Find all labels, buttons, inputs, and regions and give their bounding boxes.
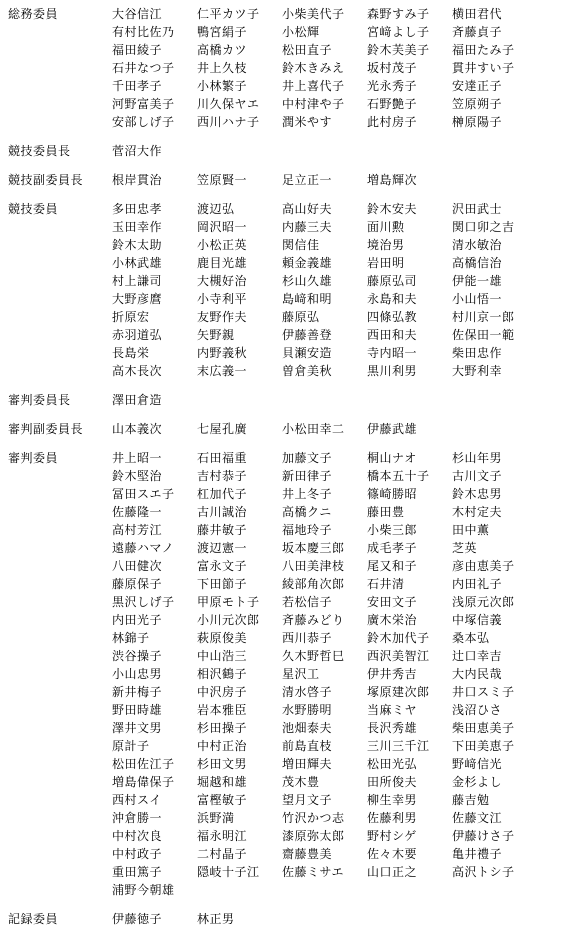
member-name: 大野彦麿: [112, 290, 197, 308]
member-name: 中山浩三: [197, 647, 282, 665]
member-name: 関信佳: [282, 236, 367, 254]
member-name: 野田時雄: [112, 701, 197, 719]
member-name: 久木野哲巳: [282, 647, 367, 665]
member-name: 野村シゲ: [367, 827, 452, 845]
member-name: 西沢美智江: [367, 647, 452, 665]
member-name: 相沢鶴子: [197, 665, 282, 683]
member-name: 福田たみ子: [452, 41, 537, 59]
member-name: 内田光子: [112, 611, 197, 629]
member-name: 鈴木安夫: [367, 200, 452, 218]
member-name: 原計子: [112, 737, 197, 755]
member-name: 小松田幸二: [282, 420, 367, 438]
member-name: 坂村茂子: [367, 59, 452, 77]
role-label: 審判委員長: [8, 391, 112, 409]
member-name-grid: 伊藤徳子林正男: [112, 910, 562, 928]
member-name: 佐々木要: [367, 845, 452, 863]
member-name: 吉村恭子: [197, 467, 282, 485]
member-name: 仁平カツ子: [197, 5, 282, 23]
member-name: 隠岐十子江: [197, 863, 282, 881]
committee-section: 競技委員多田忠孝渡辺弘高山好夫鈴木安夫沢田武士玉田幸作岡沢昭一内藤三夫面川勲関口…: [8, 200, 562, 380]
member-name: 斉藤貞子: [452, 23, 537, 41]
member-name: 高山好夫: [282, 200, 367, 218]
member-name: 新井梅子: [112, 683, 197, 701]
member-name: 多田忠孝: [112, 200, 197, 218]
member-name: 辻口幸吉: [452, 647, 537, 665]
member-name: 清水啓子: [282, 683, 367, 701]
member-name: 河野富美子: [112, 95, 197, 113]
member-name: 前島直枝: [282, 737, 367, 755]
member-name: 沖倉勝一: [112, 809, 197, 827]
member-name: 柳生幸男: [367, 791, 452, 809]
member-name: 高村芳江: [112, 521, 197, 539]
member-name: 森野すみ子: [367, 5, 452, 23]
member-name: 橋本五十子: [367, 467, 452, 485]
member-name: 福永明江: [197, 827, 282, 845]
member-name: 冨田スエ子: [112, 485, 197, 503]
member-name: 安部しげ子: [112, 113, 197, 131]
member-name: 小柴三郎: [367, 521, 452, 539]
member-name: 加藤文子: [282, 449, 367, 467]
member-name: 内野義秋: [197, 344, 282, 362]
member-name: 林正男: [197, 910, 282, 928]
committee-section: 総務委員大谷信江仁平カツ子小柴美代子森野すみ子横田君代有村比佐乃鴨宮絹子小松輝宮…: [8, 5, 562, 131]
member-name: 田所俊夫: [367, 773, 452, 791]
member-name: 鴨宮絹子: [197, 23, 282, 41]
member-name: 佐藤隆一: [112, 503, 197, 521]
member-name: 若松信子: [282, 593, 367, 611]
member-name: 岩本雅臣: [197, 701, 282, 719]
member-name: 浅沼ひさ: [452, 701, 537, 719]
member-name: 足立正一: [282, 171, 367, 189]
committee-section: 競技委員長菅沼大作: [8, 142, 562, 160]
member-name: 星沢工: [282, 665, 367, 683]
member-name: 塚原建次郎: [367, 683, 452, 701]
member-name: 安田文子: [367, 593, 452, 611]
member-name: 堀越和雄: [197, 773, 282, 791]
member-name: 澤田倉造: [112, 391, 197, 409]
member-name: 七屋孔廣: [197, 420, 282, 438]
member-name: 友野作夫: [197, 308, 282, 326]
member-name: 萩原俊美: [197, 629, 282, 647]
member-name: 井上喜代子: [282, 77, 367, 95]
member-name: 藤原弘司: [367, 272, 452, 290]
member-name: 佐藤文江: [452, 809, 537, 827]
member-name: 山口正之: [367, 863, 452, 881]
member-name: 坂本慶三郎: [282, 539, 367, 557]
member-name: 村川京一郎: [452, 308, 537, 326]
member-name: 鈴木きみえ: [282, 59, 367, 77]
member-name: 長島栄: [112, 344, 197, 362]
member-name: 小林繁子: [197, 77, 282, 95]
member-name: 高木長次: [112, 362, 197, 380]
member-name: 望月文子: [282, 791, 367, 809]
member-name: 川久保ヤエ: [197, 95, 282, 113]
member-name: 重田篤子: [112, 863, 197, 881]
member-name: 鈴木加代子: [367, 629, 452, 647]
committee-section: 競技副委員長根岸貫治笠原賢一足立正一増島輝次: [8, 171, 562, 189]
role-label: 審判副委員長: [8, 420, 112, 438]
member-name: 鈴木芙美子: [367, 41, 452, 59]
member-name: 竹沢かつ志: [282, 809, 367, 827]
member-name: 菅沼大作: [112, 142, 197, 160]
member-name: 大野利幸: [452, 362, 537, 380]
committee-section: 記録委員伊藤徳子林正男: [8, 910, 562, 928]
member-name: 小松正英: [197, 236, 282, 254]
member-name: 増島偉保子: [112, 773, 197, 791]
member-name: 柴田忠作: [452, 344, 537, 362]
member-name: 佐保田一範: [452, 326, 537, 344]
member-name: 杉山久雄: [282, 272, 367, 290]
member-name-grid: 大谷信江仁平カツ子小柴美代子森野すみ子横田君代有村比佐乃鴨宮絹子小松輝宮﨑よし子…: [112, 5, 562, 131]
member-name: 鈴木忠男: [452, 485, 537, 503]
member-name: 富樫敏子: [197, 791, 282, 809]
member-name: 赤羽道弘: [112, 326, 197, 344]
member-name: 面川勲: [367, 218, 452, 236]
member-name: 八田健次: [112, 557, 197, 575]
member-name: 此村房子: [367, 113, 452, 131]
role-label: 競技委員: [8, 200, 112, 218]
member-name: 松田直子: [282, 41, 367, 59]
member-name: 鈴木太助: [112, 236, 197, 254]
member-name: 渡辺憲一: [197, 539, 282, 557]
member-name: 藤吉勉: [452, 791, 537, 809]
member-name: 西川恭子: [282, 629, 367, 647]
member-name: 榊原陽子: [452, 113, 537, 131]
member-name: 有村比佐乃: [112, 23, 197, 41]
member-name: 杉田文男: [197, 755, 282, 773]
member-name: 大内民哉: [452, 665, 537, 683]
member-name: 高沢トシ子: [452, 863, 537, 881]
member-name: 山本義次: [112, 420, 197, 438]
member-name: 頼金義雄: [282, 254, 367, 272]
member-name: 伊能一雄: [452, 272, 537, 290]
member-name: 古川誠治: [197, 503, 282, 521]
member-name: 曽倉美秋: [282, 362, 367, 380]
member-name: 潤米やす: [282, 113, 367, 131]
member-name: 矢野親: [197, 326, 282, 344]
member-name: 黒沢しげ子: [112, 593, 197, 611]
member-name: 中村政子: [112, 845, 197, 863]
member-name: 二村晶子: [197, 845, 282, 863]
member-name: 下田美恵子: [452, 737, 537, 755]
member-name: 小山悟一: [452, 290, 537, 308]
member-name: 根岸貫治: [112, 171, 197, 189]
member-name: 寺内昭一: [367, 344, 452, 362]
member-name: 小松輝: [282, 23, 367, 41]
member-name: 石井清: [367, 575, 452, 593]
member-name: 遠藤ハマノ: [112, 539, 197, 557]
member-name: 杉山年男: [452, 449, 537, 467]
member-name: 沢田武士: [452, 200, 537, 218]
member-name: 浅原元次郎: [452, 593, 537, 611]
member-name: 内藤三夫: [282, 218, 367, 236]
member-name: 新田律子: [282, 467, 367, 485]
member-name: 井口スミ子: [452, 683, 537, 701]
member-name: 伊藤武雄: [367, 420, 452, 438]
member-name: 杠加代子: [197, 485, 282, 503]
member-name: 鹿目光雄: [197, 254, 282, 272]
member-name: 井上昭一: [112, 449, 197, 467]
member-name: 島﨑和明: [282, 290, 367, 308]
member-name: 中村次良: [112, 827, 197, 845]
member-name: 佐藤利男: [367, 809, 452, 827]
member-name-grid: 多田忠孝渡辺弘高山好夫鈴木安夫沢田武士玉田幸作岡沢昭一内藤三夫面川勲関口卯之吉鈴…: [112, 200, 562, 380]
committee-section: 審判委員井上昭一石田福重加藤文子桐山ナオ杉山年男鈴木堅治吉村恭子新田律子橋本五十…: [8, 449, 562, 899]
member-name: 斉藤みどり: [282, 611, 367, 629]
member-name-grid: 根岸貫治笠原賢一足立正一増島輝次: [112, 171, 562, 189]
member-name: 古川文子: [452, 467, 537, 485]
member-name: 藤井敏子: [197, 521, 282, 539]
member-name: 内田礼子: [452, 575, 537, 593]
member-name: 関口卯之吉: [452, 218, 537, 236]
role-label: 審判委員: [8, 449, 112, 467]
member-name: 末広義一: [197, 362, 282, 380]
member-name: 金杉よし: [452, 773, 537, 791]
member-name: 齋藤豊美: [282, 845, 367, 863]
member-name: 西川ハナ子: [197, 113, 282, 131]
member-name: 村上謙司: [112, 272, 197, 290]
member-name: 横田君代: [452, 5, 537, 23]
member-name-grid: 井上昭一石田福重加藤文子桐山ナオ杉山年男鈴木堅治吉村恭子新田律子橋本五十子古川文…: [112, 449, 562, 899]
member-name: 千田孝子: [112, 77, 197, 95]
member-name: 田中薫: [452, 521, 537, 539]
member-name: 高橋信治: [452, 254, 537, 272]
member-name: 池畑泰夫: [282, 719, 367, 737]
member-name: 林錦子: [112, 629, 197, 647]
member-name: 小林武雄: [112, 254, 197, 272]
member-name: 四條弘教: [367, 308, 452, 326]
member-name: 佐藤ミサエ: [282, 863, 367, 881]
member-name: 清水敏治: [452, 236, 537, 254]
member-name: 伊井秀吉: [367, 665, 452, 683]
member-name: 増島輝次: [367, 171, 452, 189]
member-name: 中村正治: [197, 737, 282, 755]
member-name: 彦由恵美子: [452, 557, 537, 575]
member-name-grid: 菅沼大作: [112, 142, 562, 160]
member-name: 中塚信義: [452, 611, 537, 629]
role-label: 競技委員長: [8, 142, 112, 160]
member-name: 貝瀬安造: [282, 344, 367, 362]
member-name: 富永文子: [197, 557, 282, 575]
member-name: 光永秀子: [367, 77, 452, 95]
member-name: 下田節子: [197, 575, 282, 593]
member-name: 境治男: [367, 236, 452, 254]
member-name: 甲原モト子: [197, 593, 282, 611]
member-name: 茂木豊: [282, 773, 367, 791]
member-name: 笠原朔子: [452, 95, 537, 113]
member-name: 増田輝夫: [282, 755, 367, 773]
committee-section: 審判委員長澤田倉造: [8, 391, 562, 409]
member-name: 岡沢昭一: [197, 218, 282, 236]
member-name: 柴田恵美子: [452, 719, 537, 737]
member-name: 西村スイ: [112, 791, 197, 809]
member-name: 福田綾子: [112, 41, 197, 59]
role-label: 記録委員: [8, 910, 112, 928]
member-name: 藤原弘: [282, 308, 367, 326]
member-name: 永島和夫: [367, 290, 452, 308]
member-name: 岩田明: [367, 254, 452, 272]
member-name: 綾部角次郎: [282, 575, 367, 593]
member-name: 井上冬子: [282, 485, 367, 503]
member-name: 木村定夫: [452, 503, 537, 521]
member-name: 杉田操子: [197, 719, 282, 737]
member-name: 小川元次郎: [197, 611, 282, 629]
member-name: 井上久枝: [197, 59, 282, 77]
member-name: 芝英: [452, 539, 537, 557]
member-name: 大槻好治: [197, 272, 282, 290]
committee-roster-document: 総務委員大谷信江仁平カツ子小柴美代子森野すみ子横田君代有村比佐乃鴨宮絹子小松輝宮…: [0, 0, 562, 928]
member-name: 中村津や子: [282, 95, 367, 113]
member-name: 高橋カツ: [197, 41, 282, 59]
member-name: 小柴美代子: [282, 5, 367, 23]
member-name: 藤原保子: [112, 575, 197, 593]
member-name: 八田美津枝: [282, 557, 367, 575]
member-name: 高橋クニ: [282, 503, 367, 521]
member-name: 小寺利平: [197, 290, 282, 308]
member-name-grid: 山本義次七屋孔廣小松田幸二伊藤武雄: [112, 420, 562, 438]
member-name: 浜野満: [197, 809, 282, 827]
member-name-grid: 澤田倉造: [112, 391, 562, 409]
member-name: 宮﨑よし子: [367, 23, 452, 41]
member-name: 松田光弘: [367, 755, 452, 773]
member-name: 野﨑信光: [452, 755, 537, 773]
member-name: 鈴木堅治: [112, 467, 197, 485]
member-name: 廣木栄治: [367, 611, 452, 629]
member-name: 伊藤善登: [282, 326, 367, 344]
member-name: 折原宏: [112, 308, 197, 326]
member-name: 玉田幸作: [112, 218, 197, 236]
member-name: 安達正子: [452, 77, 537, 95]
committee-section: 審判副委員長山本義次七屋孔廣小松田幸二伊藤武雄: [8, 420, 562, 438]
member-name: 中沢房子: [197, 683, 282, 701]
role-label: 総務委員: [8, 5, 112, 23]
member-name: 西田和夫: [367, 326, 452, 344]
member-name: 亀井禮子: [452, 845, 537, 863]
member-name: 石野艶子: [367, 95, 452, 113]
member-name: 尾又和子: [367, 557, 452, 575]
member-name: 小山忠男: [112, 665, 197, 683]
member-name: 大谷信江: [112, 5, 197, 23]
member-name: 水野勝明: [282, 701, 367, 719]
member-name: 浦野今朝雄: [112, 881, 197, 899]
member-name: 成毛孝子: [367, 539, 452, 557]
member-name: 石井なつ子: [112, 59, 197, 77]
member-name: 石田福重: [197, 449, 282, 467]
member-name: 篠崎勝昭: [367, 485, 452, 503]
member-name: 伊藤徳子: [112, 910, 197, 928]
member-name: 漆原弥太郎: [282, 827, 367, 845]
role-label: 競技副委員長: [8, 171, 112, 189]
member-name: 澤井文男: [112, 719, 197, 737]
member-name: 渡辺弘: [197, 200, 282, 218]
member-name: 三川三千江: [367, 737, 452, 755]
member-name: 桐山ナオ: [367, 449, 452, 467]
member-name: 伊藤けさ子: [452, 827, 537, 845]
member-name: 貫井すい子: [452, 59, 537, 77]
member-name: 松田佐江子: [112, 755, 197, 773]
member-name: 笠原賢一: [197, 171, 282, 189]
member-name: 桑本弘: [452, 629, 537, 647]
member-name: 福地玲子: [282, 521, 367, 539]
member-name: 長沢秀雄: [367, 719, 452, 737]
member-name: 黒川利男: [367, 362, 452, 380]
member-name: 藤田豊: [367, 503, 452, 521]
member-name: 渋谷操子: [112, 647, 197, 665]
member-name: 当麻ミヤ: [367, 701, 452, 719]
